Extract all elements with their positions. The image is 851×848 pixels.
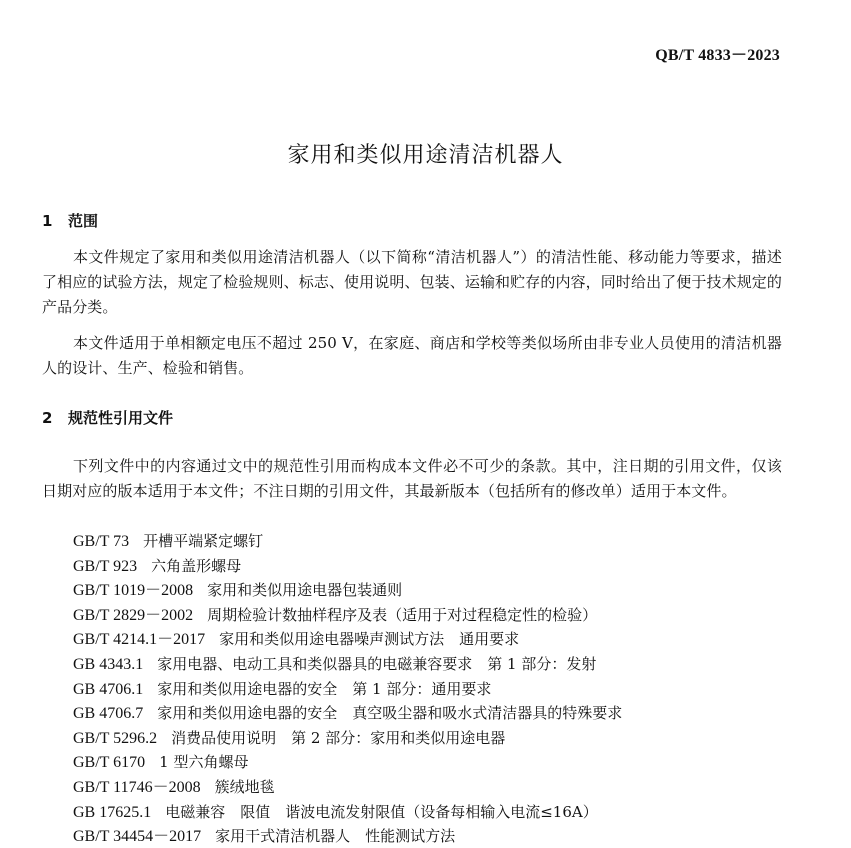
section-number: 1: [42, 212, 68, 230]
reference-code: GB/T 2829－2002: [73, 607, 193, 624]
reference-title: 电磁兼容 限值 谐波电流发射限值（设备每相输入电流≤16A）: [165, 803, 598, 821]
reference-item: GB 4706.7家用和类似用途电器的安全 真空吸尘器和吸水式清洁器具的特殊要求: [73, 701, 622, 726]
reference-code: GB 4706.7: [73, 705, 143, 722]
reference-code: GB 4343.1: [73, 656, 143, 673]
reference-title: 1 型六角螺母: [159, 753, 248, 771]
reference-item: GB 4706.1家用和类似用途电器的安全 第 1 部分：通用要求: [73, 677, 622, 702]
reference-item: GB/T 923六角盖形螺母: [73, 554, 622, 579]
reference-title: 周期检验计数抽样程序及表（适用于对过程稳定性的检验）: [207, 606, 597, 624]
section-title: 规范性引用文件: [68, 409, 173, 427]
reference-item: GB/T 61701 型六角螺母: [73, 750, 622, 775]
reference-code: GB 17625.1: [73, 804, 151, 821]
reference-title: 家用和类似用途电器包装通则: [207, 581, 402, 599]
document-title: 家用和类似用途清洁机器人: [0, 138, 851, 169]
reference-title: 开槽平端紧定螺钉: [143, 532, 263, 550]
section-number: 2: [42, 409, 68, 427]
reference-code: GB/T 11746－2008: [73, 779, 201, 796]
reference-code: GB/T 5296.2: [73, 730, 157, 747]
reference-item: GB 4343.1家用电器、电动工具和类似器具的电磁兼容要求 第 1 部分：发射: [73, 652, 622, 677]
section-title: 范围: [68, 212, 98, 230]
reference-code: GB/T 1019－2008: [73, 582, 193, 599]
reference-title: 家用电器、电动工具和类似器具的电磁兼容要求 第 1 部分：发射: [157, 655, 596, 673]
reference-title: 消费品使用说明 第 2 部分：家用和类似用途电器: [171, 729, 505, 747]
reference-item: GB/T 73开槽平端紧定螺钉: [73, 529, 622, 554]
reference-code: GB/T 34454－2017: [73, 828, 201, 845]
reference-item: GB/T 4214.1－2017家用和类似用途电器噪声测试方法 通用要求: [73, 627, 622, 652]
reference-list: GB/T 73开槽平端紧定螺钉 GB/T 923六角盖形螺母 GB/T 1019…: [73, 529, 622, 848]
scope-paragraph-1: 本文件规定了家用和类似用途清洁机器人（以下简称“清洁机器人”）的清洁性能、移动能…: [42, 245, 782, 320]
scope-paragraph-2: 本文件适用于单相额定电压不超过 250 V，在家庭、商店和学校等类似场所由非专业…: [42, 331, 782, 381]
reference-code: GB/T 923: [73, 558, 137, 575]
section-heading-scope: 1范围: [42, 210, 98, 231]
reference-item: GB/T 1019－2008家用和类似用途电器包装通则: [73, 578, 622, 603]
reference-code: GB/T 6170: [73, 754, 145, 771]
reference-item: GB 17625.1电磁兼容 限值 谐波电流发射限值（设备每相输入电流≤16A）: [73, 800, 622, 825]
reference-title: 家用和类似用途电器的安全 真空吸尘器和吸水式清洁器具的特殊要求: [157, 704, 622, 722]
reference-item: GB/T 11746－2008簇绒地毯: [73, 775, 622, 800]
section-heading-normative-references: 2规范性引用文件: [42, 407, 173, 428]
reference-title: 簇绒地毯: [215, 778, 275, 796]
reference-item: GB/T 5296.2消费品使用说明 第 2 部分：家用和类似用途电器: [73, 726, 622, 751]
reference-code: GB/T 73: [73, 533, 129, 550]
reference-item: GB/T 2829－2002周期检验计数抽样程序及表（适用于对过程稳定性的检验）: [73, 603, 622, 628]
reference-code: GB 4706.1: [73, 681, 143, 698]
reference-title: 家用和类似用途电器的安全 第 1 部分：通用要求: [157, 680, 491, 698]
references-intro-paragraph: 下列文件中的内容通过文中的规范性引用而构成本文件必不可少的条款。其中，注日期的引…: [42, 454, 782, 504]
reference-item: GB/T 34454－2017家用干式清洁机器人 性能测试方法: [73, 824, 622, 848]
reference-title: 家用和类似用途电器噪声测试方法 通用要求: [219, 630, 519, 648]
reference-title: 家用干式清洁机器人 性能测试方法: [215, 827, 455, 845]
reference-code: GB/T 4214.1－2017: [73, 631, 205, 648]
standard-code: QB/T 4833－2023: [655, 42, 780, 65]
reference-title: 六角盖形螺母: [151, 557, 241, 575]
